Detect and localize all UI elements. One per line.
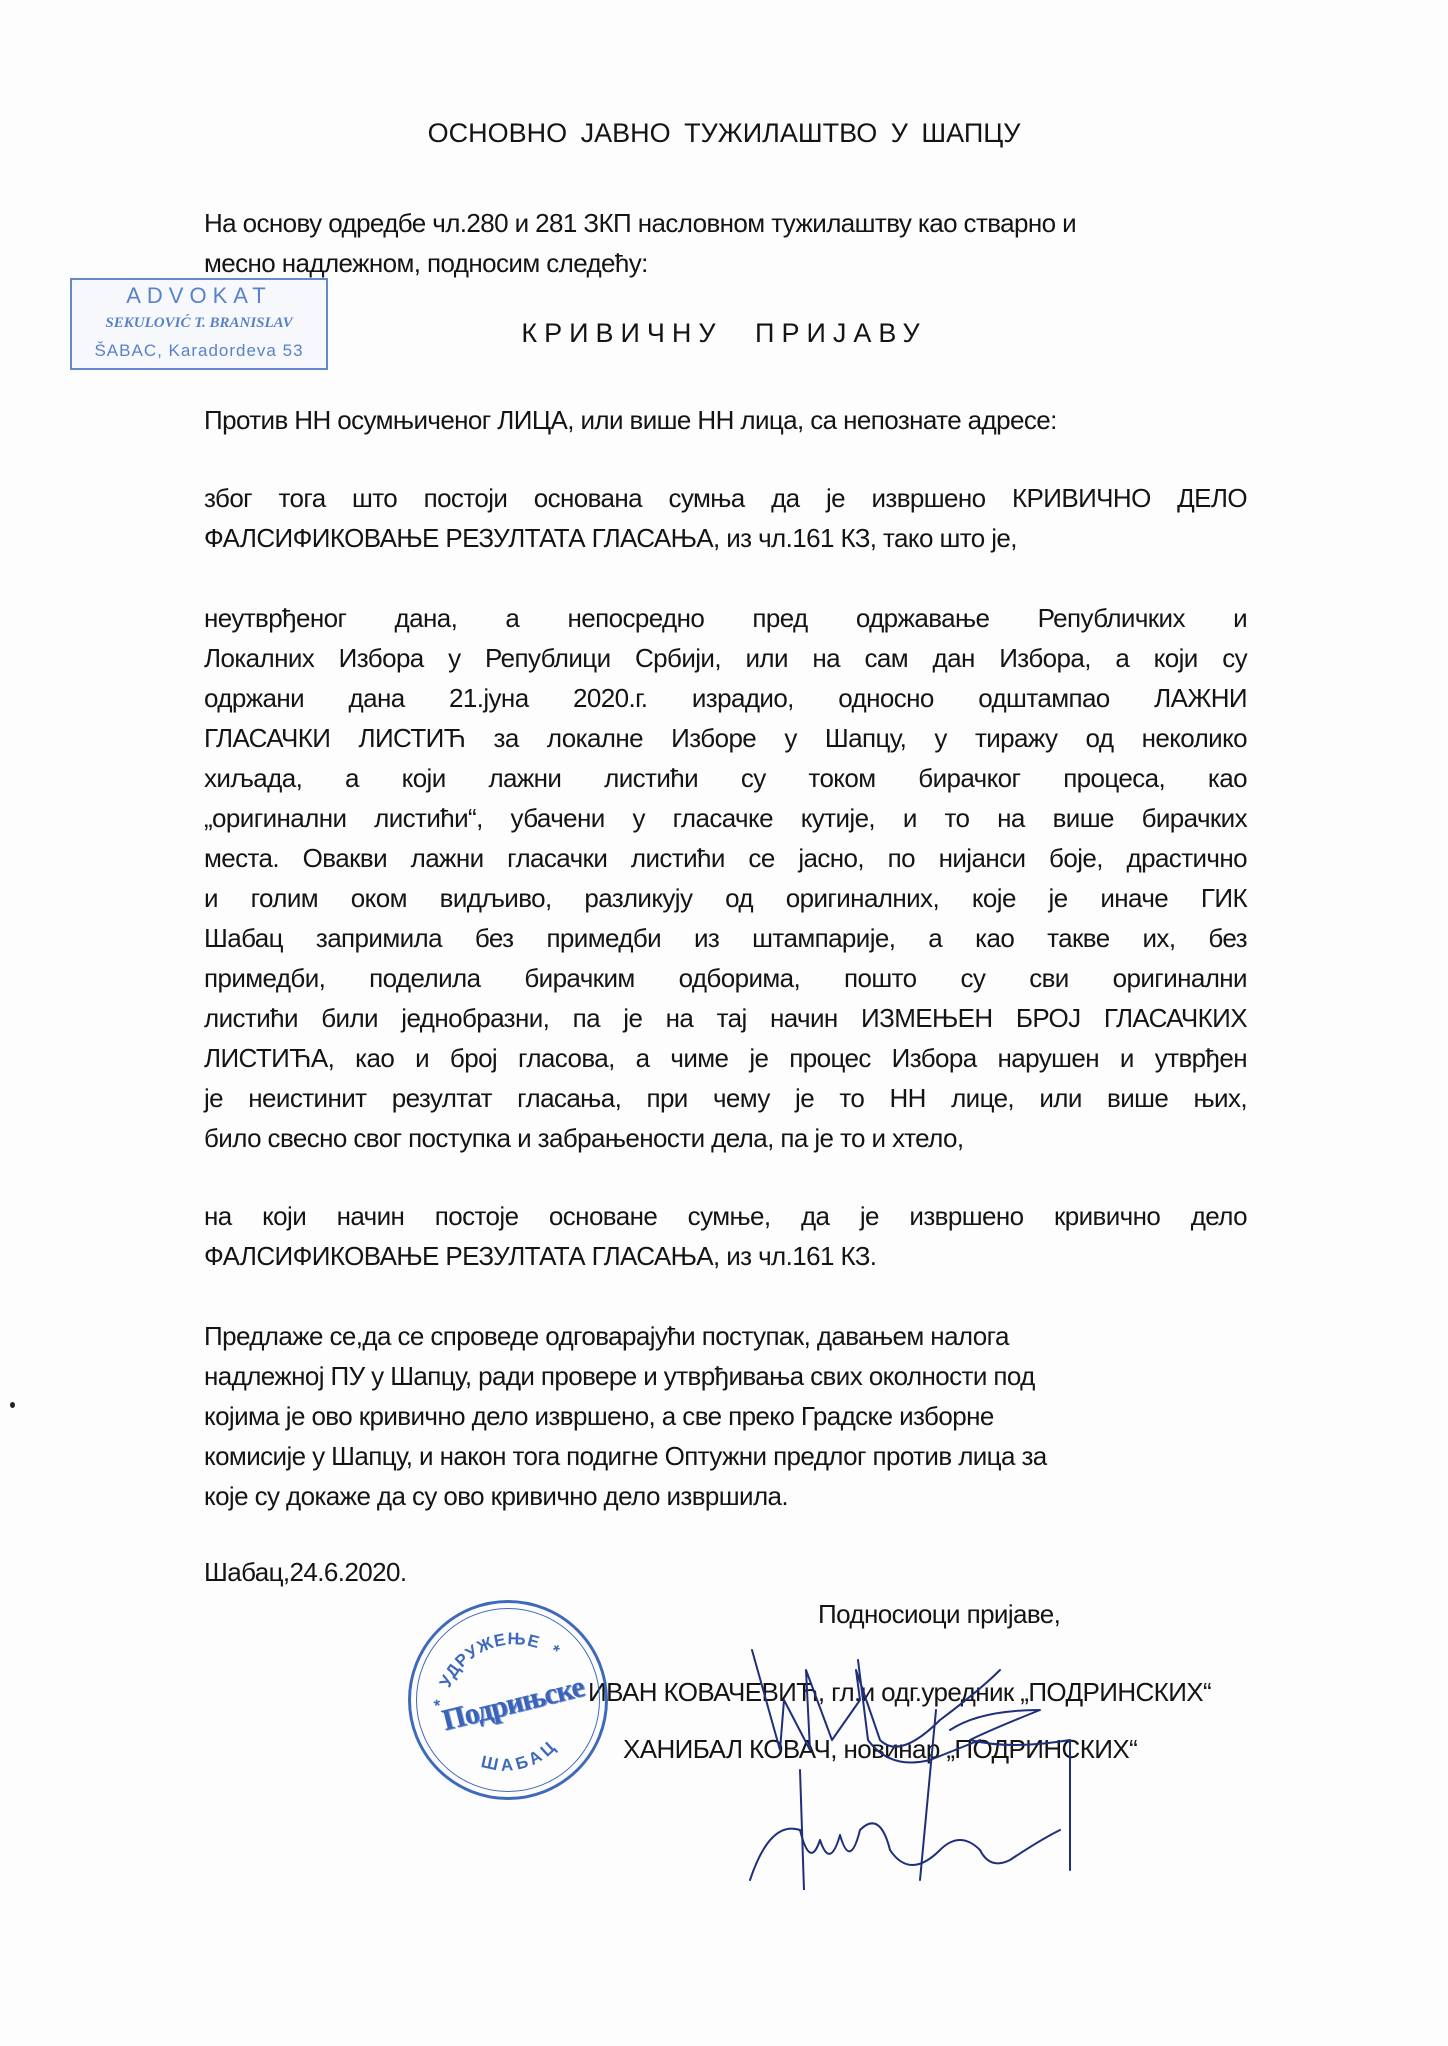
intro-line-1: На основу одредбе чл.280 и 281 ЗКП насло… bbox=[204, 203, 1247, 243]
reason-line-2: ФАЛСИФИКОВАЊЕ РЕЗУЛТАТА ГЛАСАЊА, из чл.1… bbox=[204, 518, 1247, 558]
proposal-line-4: комисије у Шапцу, и након тога подигне О… bbox=[204, 1436, 1247, 1476]
svg-text:* УДРУЖЕЊЕ: * УДРУЖЕЊЕ * bbox=[430, 1629, 564, 1708]
stamp-top-text: УДРУЖЕЊЕ bbox=[436, 1629, 542, 1690]
submitter-1: ИВАН КОВАЧЕВИЋ, гл.и одг.уредник „ПОДРИН… bbox=[588, 1672, 1211, 1712]
against-line: Против НН осумњиченог ЛИЦА, или више НН … bbox=[204, 400, 1247, 440]
submitters-label: Подносиоци пријаве, bbox=[818, 1594, 1060, 1634]
proposal-line-2: надлежној ПУ у Шапцу, ради провере и утв… bbox=[204, 1356, 1247, 1396]
submitter-2: ХАНИБАЛ КОВАЧ, новинар „ПОДРИНСКИХ“ bbox=[623, 1729, 1137, 1769]
reason-line-1: због тога што постоји основана сумња да … bbox=[204, 478, 1247, 518]
stamp-ring-text: * УДРУЖЕЊЕ * ШАБАЦ bbox=[411, 1603, 611, 1803]
facts-line-13: је неистинит резултат гласања, при чему … bbox=[204, 1078, 1247, 1118]
facts-line-8: и голим оком видљиво, разликују од ориги… bbox=[204, 878, 1247, 918]
proposal-line-5: које су докаже да су ово кривично дело и… bbox=[204, 1476, 1247, 1516]
stamp-star-right: * bbox=[547, 1641, 564, 1661]
facts-line-9: Шабац запримила без примедби из штампари… bbox=[204, 918, 1247, 958]
intro-line-2: месно надлежном, подносим следећу: bbox=[204, 243, 1247, 283]
facts-line-6: „оригинални листићи“, убачени у гласачке… bbox=[204, 798, 1247, 838]
conclusion-line-2: ФАЛСИФИКОВАЊЕ РЕЗУЛТАТА ГЛАСАЊА, из чл.1… bbox=[204, 1236, 1247, 1276]
facts-line-12: ЛИСТИЋА, као и број гласова, а чиме је п… bbox=[204, 1038, 1247, 1078]
facts-line-3: одржани дана 21.јуна 2020.г. израдио, од… bbox=[204, 678, 1247, 718]
facts-line-1: неутврђеног дана, а непосредно пред одрж… bbox=[204, 598, 1247, 638]
proposal-line-3: којима је ово кривично дело извршено, а … bbox=[204, 1396, 1247, 1436]
stamp-brand: Подрињске bbox=[431, 1668, 594, 1740]
facts-line-5: хиљада, а који лажни листићи су током би… bbox=[204, 758, 1247, 798]
document-page: ОСНОВНО ЈАВНО ТУЖИЛАШТВО У ШАПЦУ На осно… bbox=[0, 0, 1448, 2046]
institution-heading: ОСНОВНО ЈАВНО ТУЖИЛАШТВО У ШАПЦУ bbox=[0, 118, 1448, 149]
proposal-line-1: Предлаже се,да се спроведе одговарајући … bbox=[204, 1316, 1247, 1356]
document-title: КРИВИЧНУ ПРИЈАВУ bbox=[0, 318, 1448, 349]
facts-line-2: Локалних Избора у Републици Србији, или … bbox=[204, 638, 1247, 678]
lawyer-stamp-title: ADVOKAT bbox=[72, 283, 326, 309]
place-date: Шабац,24.6.2020. bbox=[204, 1552, 1247, 1592]
stamp-bottom-text: ШАБАЦ bbox=[479, 1735, 561, 1775]
facts-line-4: ГЛАСАЧКИ ЛИСТИЋ за локалне Изборе у Шапц… bbox=[204, 718, 1247, 758]
stamp-star-left: * bbox=[430, 1698, 450, 1708]
conclusion-line-1: на који начин постоје основане сумње, да… bbox=[204, 1196, 1247, 1236]
facts-line-11: листићи били једнобразни, па је на тај н… bbox=[204, 998, 1247, 1038]
facts-line-7: места. Овакви лажни гласачки листићи се … bbox=[204, 838, 1247, 878]
association-stamp: * УДРУЖЕЊЕ * ШАБАЦ Подрињске bbox=[408, 1600, 608, 1800]
scan-speck bbox=[10, 1402, 15, 1408]
facts-line-10: примедби, поделила бирачким одборима, по… bbox=[204, 958, 1247, 998]
facts-line-14: било свесно свог поступка и забрањености… bbox=[204, 1118, 1247, 1158]
svg-text:ШАБАЦ: ШАБАЦ bbox=[479, 1735, 561, 1775]
